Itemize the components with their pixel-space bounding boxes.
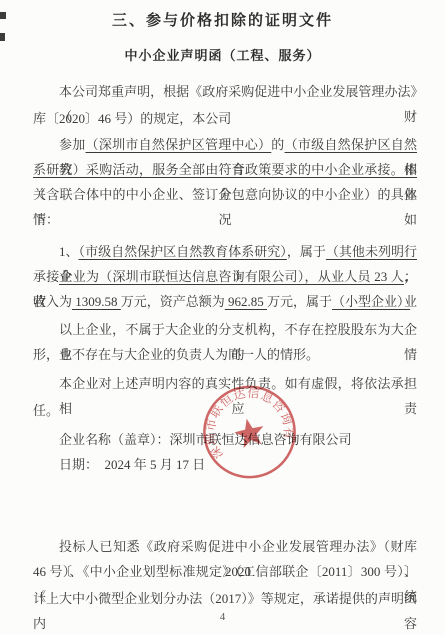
document-line: 形，也不存在与大企业的负责人为同一人的情形。 bbox=[33, 342, 417, 367]
document-line: 任。 bbox=[33, 398, 417, 423]
document-line: 投标人已知悉《政府采购促进中小企业发展管理办法》（财库〔2020〕 bbox=[33, 534, 417, 559]
text-segment: 参加 bbox=[59, 137, 86, 152]
page-number: 4 bbox=[0, 611, 445, 623]
text-segment: 下： bbox=[33, 212, 59, 227]
document-line: 本公司郑重声明，根据《政府采购促进中小企业发展管理办法》（财 bbox=[33, 79, 417, 104]
document-line: 计上大中小微型企业划分办法（2017）》等规定，承诺提供的声明函内容 bbox=[33, 586, 417, 611]
document-line: 库〔2020〕46 号）的规定，本公司 bbox=[33, 106, 417, 131]
underlined-fill-in-text: 23 bbox=[371, 269, 391, 284]
text-segment: 企业名称（盖章）：深圳市联恒达信息咨询有限公司 bbox=[59, 432, 352, 447]
document-line: 下： bbox=[33, 207, 417, 232]
scan-artifact bbox=[0, 33, 5, 41]
document-line: 本企业对上述声明内容的真实性负责。如有虚假，将依法承担相应责 bbox=[33, 371, 417, 396]
text-segment: 收入为 bbox=[33, 294, 72, 309]
document-subtitle: 中小企业声明函（工程、服务） bbox=[0, 45, 445, 64]
document-line: 日期： 2024 年 5 月 17 日 bbox=[33, 452, 417, 477]
text-segment: 任。 bbox=[33, 403, 59, 418]
document-line: 企业名称（盖章）：深圳市联恒达信息咨询有限公司 bbox=[33, 427, 417, 452]
text-segment: 万元，属于 bbox=[267, 294, 332, 309]
text-segment: 日期： 2024 年 5 月 17 日 bbox=[59, 457, 205, 472]
document-line: 系研究）采购活动，服务全部由符合政策要求的中小企业承接。相关企业 bbox=[33, 157, 417, 182]
text-segment: 形，也不存在与大企业的负责人为同一人的情形。 bbox=[33, 347, 319, 362]
document-line: 46 号）、《中小企业划型标准规定》（工信部联企〔2011〕300 号）、《统 bbox=[33, 559, 417, 584]
text-segment: 万元，资产总额为 bbox=[121, 294, 225, 309]
underlined-fill-in-text: 962.85 bbox=[225, 294, 267, 309]
text-segment: ，从业人员 bbox=[305, 269, 371, 284]
document-line: 1、（市级自然保护区自然教育体系研究），属于（其他未列明行业）； bbox=[33, 239, 417, 264]
text-segment: 承接企业为 bbox=[33, 269, 99, 284]
underlined-fill-in-text: （市级自然保护区自然教育体系研究） bbox=[79, 244, 287, 259]
underlined-fill-in-text: （深圳市联恒达信息咨询有限公司） bbox=[99, 269, 304, 284]
underlined-fill-in-text: 1309.58 bbox=[72, 294, 121, 309]
underlined-fill-in-text: （深圳市自然保护区管理中心） bbox=[86, 137, 272, 152]
document-line: 参加（深圳市自然保护区管理中心）的（市级自然保护区自然教育体 bbox=[33, 132, 417, 157]
text-segment: 的 bbox=[271, 137, 284, 152]
document-line: （含联合体中的中小企业、签订分包意向协议的中小企业）的具体情况如 bbox=[33, 182, 417, 207]
document-line: 收入为 1309.58 万元，资产总额为 962.85 万元，属于（小型企业） bbox=[33, 289, 417, 314]
document-title: 三、参与价格扣除的证明文件 bbox=[0, 9, 445, 30]
underlined-fill-in-text: 系研究） bbox=[33, 162, 86, 177]
text-segment: 库〔2020〕46 号）的规定，本公司 bbox=[33, 111, 231, 126]
document-page: 三、参与价格扣除的证明文件 中小企业声明函（工程、服务） 本公司郑重声明，根据《… bbox=[0, 0, 445, 635]
text-segment: ，属于 bbox=[287, 244, 326, 259]
document-line: 以上企业，不属于大企业的分支机构，不存在控股股东为大企业的情 bbox=[33, 317, 417, 342]
document-line: 承接企业为（深圳市联恒达信息咨询有限公司），从业人员 23 人，营业 bbox=[33, 264, 417, 289]
underlined-fill-in-text: （小型企业） bbox=[332, 294, 410, 309]
text-segment: 1、 bbox=[59, 244, 79, 259]
